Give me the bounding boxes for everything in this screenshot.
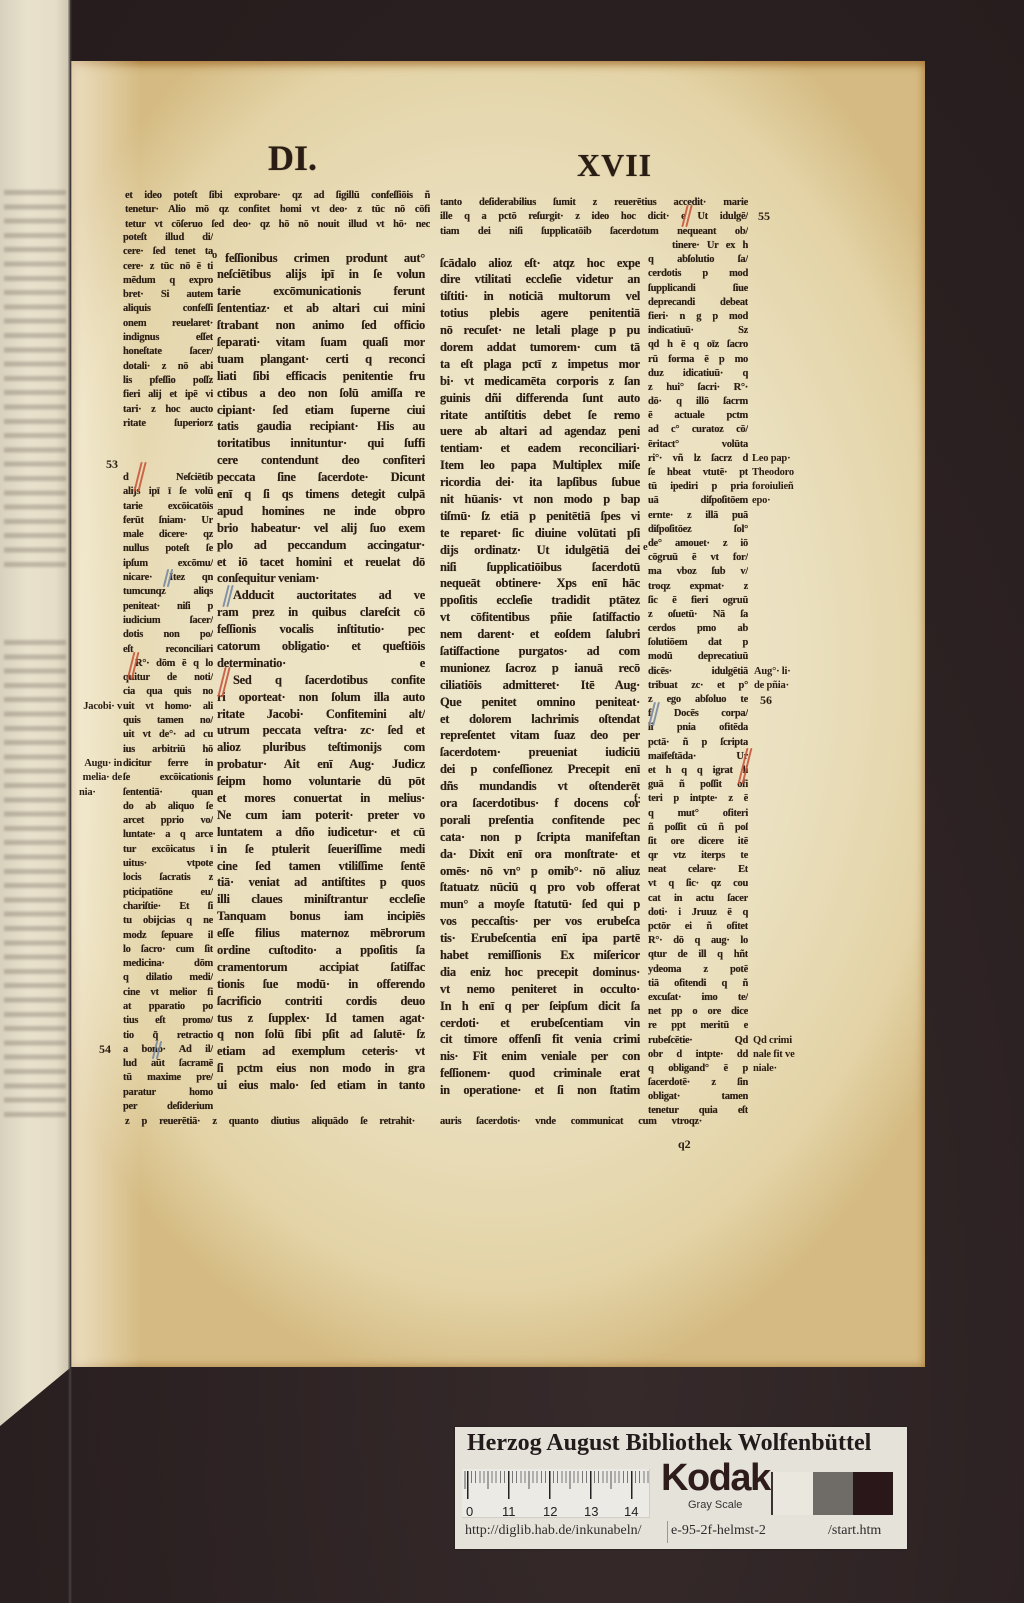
gloss-line: z ego abſoluo te	[648, 693, 748, 707]
gray-patch-black	[853, 1472, 893, 1515]
gloss-line: tū maxime pre/	[123, 1071, 213, 1085]
paragraph-mark-icon	[742, 748, 750, 784]
text-line: cata· non p ſcripta manifeſtan	[440, 829, 640, 846]
text-line: ricordia dei· ita lapſibus ſubue	[440, 474, 640, 491]
margin-note: niale·	[753, 1062, 777, 1076]
gloss-line: pctā· ñ p ſcripta	[648, 736, 748, 750]
text-line: luntatem a dño iudicetur· et cū	[217, 824, 425, 841]
gloss-line: dō· q illō ſacrm	[648, 395, 748, 409]
text-line: vos peccaſtis· per vos erubeſca	[440, 913, 640, 930]
gloss-line: ſic ē fieri ogruū	[648, 594, 748, 608]
text-line: da· Dixit enī ora monſtrate· et	[440, 846, 640, 863]
right-bottom-gloss: auris ſacerdotis· vnde communicat cum vt…	[440, 1115, 702, 1129]
text-line: catorum obligatio· et queſtiōis	[217, 638, 425, 655]
gloss-line: de° amouet· z iō	[648, 537, 748, 551]
text-line: nem darent· et eoſdem ſalubri	[440, 626, 640, 643]
text-line: tatis gaudia recipiant· His au	[217, 418, 425, 435]
gloss-line: uā diſpoſitōem	[648, 494, 748, 508]
text-line: feſſionis vocalis inſtitutio· pec	[217, 621, 425, 638]
gloss-line: R°· dō q aug· lo	[648, 934, 748, 948]
text-line: illi claues miniſtrantur eccleſie	[217, 891, 425, 908]
paragraph-mark-icon	[225, 585, 233, 607]
url-shelfmark: e-95-2f-helmst-2	[671, 1523, 766, 1539]
text-line: dia eniz hoc precepit dominus·	[440, 964, 640, 981]
ruler-number: 11	[502, 1504, 516, 1519]
gloss-line: ſententiā· quan	[123, 786, 213, 800]
text-line: cine ſed tamen vtiliſſime ſentē	[217, 858, 425, 875]
gloss-line: excuſat· imo te/	[648, 991, 748, 1005]
gloss-line: tur excōicatus ī	[123, 843, 213, 857]
gloss-line: tius eſt promo/	[123, 1014, 213, 1028]
text-line: dijs ordinatz· Ut idulgētiā dei	[440, 542, 640, 559]
gloss-line: rubeſcētie· Qd	[648, 1034, 748, 1048]
gloss-line: onem reuelaret·	[123, 317, 213, 331]
margin-note: de pñia·	[754, 679, 789, 693]
text-line: determinatio· e	[217, 655, 425, 672]
text-line: Que penitet omnino peniteat·	[440, 694, 640, 711]
text-line: ſacerdotem· preueniat iudiciū	[440, 744, 640, 761]
gloss-line: cōgruū ē vt for/	[648, 551, 748, 565]
margin-note: nia·	[79, 786, 96, 800]
text-line: munionez ſacroz p ianuā recō	[440, 660, 640, 677]
gloss-line: tanto deſiderabilius ſumit z reuerētius …	[440, 196, 748, 210]
gloss-line: cerdos pmo ab	[648, 622, 748, 636]
text-line: ram prez in quibus clareſcit cō	[217, 604, 425, 621]
gloss-line: poteſt illud di/	[123, 231, 213, 245]
margin-note: Leo pap·	[752, 452, 790, 466]
gloss-line: deprecandi debeat	[648, 296, 748, 310]
text-line: cere contendunt deo confiteri	[217, 452, 425, 469]
gloss-line: ernte· z illā puā	[648, 509, 748, 523]
text-line: ppoſitis eccleſie tradidit ptātez	[440, 592, 640, 609]
text-line: repreſentet vitam ſuaz deo per	[440, 727, 640, 744]
text-line: ritate Jacobi· Confitemini alt/	[217, 706, 425, 723]
text-line: probatur· Ait enī Aug· Judicz	[217, 756, 425, 773]
paragraph-mark-icon	[684, 205, 692, 227]
gloss-line: tribuat zc· et p°	[648, 679, 748, 693]
text-line: ſi pctm eius non modo in gra	[217, 1060, 425, 1077]
gloss-line: et h q q igrat li	[648, 764, 748, 778]
text-line: vt cōfitentibus pñie ſatiſfactio	[440, 609, 640, 626]
gloss-line: ē actuale pctm	[648, 409, 748, 423]
gloss-line: chariſtie· Et ſi	[123, 900, 213, 914]
margin-note: foroiulieñ	[752, 480, 794, 494]
gloss-line: fieri alij et ipē vi	[123, 388, 213, 402]
guide-letter: f·	[634, 793, 641, 804]
text-line: et dolorem lachrimis oſtendat	[440, 711, 640, 728]
gloss-line: ſe excōicationis	[123, 771, 213, 785]
gloss-line: dotali· z nō abi	[123, 360, 213, 374]
text-line: tiſtiti· in noticiā multorum vel	[440, 288, 640, 305]
gloss-line: ille q a pctō reſurgit· z ideo hoc dicit…	[440, 210, 748, 224]
text-line: guinis dñi differenda ſunt auto	[440, 390, 640, 407]
gloss-line: cere· ſed tenet ta	[123, 245, 213, 259]
gloss-line: tu obijcias q ne	[123, 914, 213, 928]
margin-note: Qd crimi	[753, 1034, 792, 1048]
gloss-line: f Docēs corpa/	[648, 707, 748, 721]
text-line: omēs· nō vn° p omib°· nō aliuz	[440, 863, 640, 880]
url-separator	[667, 1521, 668, 1543]
text-line: enī q ſi qs timens detegit culpā	[217, 486, 425, 503]
gloss-line: auris ſacerdotis· vnde communicat cum vt…	[440, 1115, 702, 1129]
text-line: peccata ſine ſacerdote· Dicunt	[217, 469, 425, 486]
gloss-line: ſacerdotē· z ſin	[648, 1076, 748, 1090]
left-main-text: feſſionibus crimen produnt aut°neſciētib…	[217, 250, 425, 1095]
gloss-line: ſe hbeat vtutē· pt	[648, 466, 748, 480]
gloss-line: uitus· vtpote	[123, 857, 213, 871]
margin-note: Theodoro	[752, 466, 794, 480]
text-line: ſententiaz· et ab altari cui mini	[217, 300, 425, 317]
text-line: dei p confeſſionez Precepit enī	[440, 761, 640, 778]
gloss-line: mēdum q expro	[123, 274, 213, 288]
text-line: porali preſentia confitende pec	[440, 812, 640, 829]
section-number: 56	[760, 693, 772, 708]
gloss-line: arcet pprio vo/	[123, 814, 213, 828]
gloss-line: cat in actu ſacer	[648, 892, 748, 906]
gloss-line: vt q ſic· qz cou	[648, 877, 748, 891]
gloss-line: ritate ſuperiorz	[123, 417, 213, 431]
gloss-line: cine vt melior fi	[123, 986, 213, 1000]
left-bottom-gloss: z p reuerētiā· z quanto diutius aliquādo…	[125, 1115, 415, 1129]
text-line: alioz pluribus teſtimonijs com	[217, 739, 425, 756]
text-line: tiſmū· ſz etiā p penitētiā ſpes vi	[440, 508, 640, 525]
text-line: cerdoti· et erubeſcentiam vin	[440, 1015, 640, 1032]
gloss-line: at pparatio po	[123, 1000, 213, 1014]
gloss-line: luntate· a q arce	[123, 828, 213, 842]
kodak-logo: Kodak	[661, 1457, 770, 1500]
gloss-line: obr d intpte· dd	[648, 1048, 748, 1062]
text-line: ſeipm homo voluntarie dū pōt	[217, 773, 425, 790]
gloss-line: ri°· vñ lz ſacrz d	[648, 452, 748, 466]
gloss-line: troqz expmat· z	[648, 580, 748, 594]
gloss-line: ſupplicandi ſiue	[648, 282, 748, 296]
text-line: toritatibus innituntur· qui ſuffi	[217, 435, 425, 452]
gloss-line: z p reuerētiā· z quanto diutius aliquādo…	[125, 1115, 415, 1129]
text-line: et mores conuertat in melius·	[217, 790, 425, 807]
paragraph-mark-icon	[221, 667, 229, 697]
gloss-line: pctōr ei ñ ofitet	[648, 920, 748, 934]
text-line: Adducit auctoritates ad ve	[217, 587, 425, 604]
gloss-line: nullus poteſt ſe	[123, 542, 213, 556]
gloss-line: locis ſacratis z	[123, 871, 213, 885]
text-line: ui eius malo· ſed etiam in tanto	[217, 1077, 425, 1094]
text-line: cipiant· ſed etiam ſuperne ciui	[217, 402, 425, 419]
gloss-line: q obligand° ē p	[648, 1062, 748, 1076]
text-line: Sed q ſacerdotibus confite	[217, 672, 425, 689]
paragraph-mark-icon	[651, 702, 659, 726]
text-line: dñs mundandis vt oſtenderēt	[440, 778, 640, 795]
text-line: in operatione· et ſi non ſtatim	[440, 1082, 640, 1099]
gray-patch-mid	[813, 1472, 853, 1515]
gloss-line: q dilatio medi/	[123, 971, 213, 985]
text-line: uere ab altari ad agendaz peni	[440, 423, 640, 440]
text-line: totius plebis agere penitentiā	[440, 305, 640, 322]
url-base: http://diglib.hab.de/inkunabeln/	[465, 1523, 642, 1539]
left-top-gloss: et ideo poteſt ſibi exprobare· qz ad ſig…	[125, 189, 430, 232]
section-number: 55	[758, 209, 770, 224]
text-line: brio habeatur· vel alij ſuo exem	[217, 520, 425, 537]
gloss-line: q abſolutio ſa/	[648, 253, 748, 267]
right-gloss: tinere· Ur ex hq abſolutio ſa/cerdotis p…	[648, 239, 748, 1119]
text-line: nis· Fit enim veniale per con	[440, 1048, 640, 1065]
gloss-line: paratur homo	[123, 1086, 213, 1100]
text-line: eſſe filius maternoz mēbrorum	[217, 925, 425, 942]
ruler-number: 13	[584, 1504, 598, 1519]
text-line: feſſionem· quod criminale erat	[440, 1065, 640, 1082]
gloss-line: duz idicatiuū· q	[648, 367, 748, 381]
gloss-line: indicatiuū· Sz	[648, 324, 748, 338]
gloss-line: doti· i Jruuz ē q	[648, 906, 748, 920]
gloss-line: cere· z tūc nō ē ti	[123, 260, 213, 274]
text-line: ciliatiōis admitteret· Itē Aug·	[440, 677, 640, 694]
margin-note: melia· de	[60, 771, 122, 785]
gloss-line: modū deprecatiuū	[648, 650, 748, 664]
gloss-line: male dicere· qz	[123, 528, 213, 542]
library-label: Herzog August Bibliothek Wolfenbüttel 0 …	[455, 1427, 907, 1549]
gloss-line: tio q̃ retractio	[123, 1029, 213, 1043]
text-line: ordine cuſtodito· a ppoſitis ſa	[217, 942, 425, 959]
left-gloss-upper: poteſt illud di/cere· ſed tenet tacere· …	[123, 231, 213, 431]
gloss-line: net pp o ore dice	[648, 1005, 748, 1019]
section-number: 54	[99, 1042, 111, 1057]
gloss-line: lis pfeſſio poſſz	[123, 374, 213, 388]
text-line: ſeparati· vitam ſuam quaſi mor	[217, 334, 425, 351]
margin-note: nale fit ve	[753, 1048, 795, 1062]
gloss-line: modz ſepuare il	[123, 929, 213, 943]
left-gloss-lower: d Neſciētibalijs ipī ī ſe volūtarie excō…	[123, 471, 213, 1114]
text-line: ritate antiſtitis debet ſe remo	[440, 407, 640, 424]
folio-number: XVII	[577, 147, 652, 184]
paragraph-mark-icon	[130, 652, 138, 680]
text-line: Tanquam bonus iam incipiēs	[217, 908, 425, 925]
page-content: DI. XVII et ideo poteſt ſibi exprobare· …	[0, 0, 1024, 1603]
text-line: habet remiſſionis Ex miſericor	[440, 947, 640, 964]
text-line: plo ad peccandum accingatur·	[217, 537, 425, 554]
text-line: niſi ſupplicatiōibus ſacerdotū	[440, 559, 640, 576]
text-line: ſtrabant non animo ſed officio	[217, 317, 425, 334]
text-line: In h enī q per ſeipſum dicit ſa	[440, 998, 640, 1015]
text-line: liati ſibi efficacis penitentie fru	[217, 368, 425, 385]
gloss-line: aliquis confeſſi	[123, 302, 213, 316]
text-line: ctibus a deo non ſolū amiſſa re	[217, 385, 425, 402]
margin-note: Aug°· li·	[754, 665, 791, 679]
gloss-line: ſolutiōem dat p	[648, 636, 748, 650]
gloss-line: ſit ore dicere itē	[648, 835, 748, 849]
gloss-line: per deſiderium	[123, 1100, 213, 1114]
gloss-line: dicēs· idulgētiā	[648, 665, 748, 679]
text-line: ſacrificio contriti cordis deuo	[217, 993, 425, 1010]
gloss-line: ydeoma z potē	[648, 963, 748, 977]
text-line: in ſe ptulerit ſeueriſſime medi	[217, 841, 425, 858]
gloss-line: ius arbitriū hō	[123, 743, 213, 757]
gloss-line: qd h ē q oīz ſacro	[648, 338, 748, 352]
gloss-line: tarie excōicatōis	[123, 500, 213, 514]
ruler-number: 14	[624, 1504, 638, 1519]
gloss-line: neat celare· Et	[648, 863, 748, 877]
gloss-line: et ideo poteſt ſibi exprobare· qz ad ſig…	[125, 189, 430, 203]
text-line: ora ſacerdotibus· f docens cor	[440, 795, 640, 812]
gloss-line: ñ poſſit cū ñ poſ	[648, 821, 748, 835]
gloss-line: ad c° curatoz cō/	[648, 423, 748, 437]
text-line: ſcādalo alioz eſt· atqz hoc expe	[440, 255, 640, 272]
gloss-line: tū ipediri p pria	[648, 480, 748, 494]
gloss-line: lo ſacro· cum ſit	[123, 943, 213, 957]
url-suffix: /start.htm	[828, 1523, 881, 1539]
text-line: ri oporteat· non ſolum illa auto	[217, 689, 425, 706]
gloss-line: uit vt homo· ali	[123, 700, 213, 714]
right-top-gloss: tanto deſiderabilius ſumit z reuerētius …	[440, 196, 748, 239]
gloss-line: a bono· Ad il/	[123, 1043, 213, 1057]
gloss-line: diſpoſitōez ſol°	[648, 523, 748, 537]
gloss-line: teri p intpte· z ē	[648, 792, 748, 806]
gloss-line: pticipatiōne eu/	[123, 886, 213, 900]
gloss-line: tumcunqz aliqs	[123, 585, 213, 599]
section-number: 53	[106, 457, 118, 472]
text-line: q non ſolū ſibi pſit ad ſalutē· ſz	[217, 1026, 425, 1043]
gray-patch-white	[773, 1472, 813, 1515]
gloss-line: uit vt de°· ad cu	[123, 728, 213, 742]
text-line: feſſionibus crimen produnt aut°	[217, 250, 425, 267]
text-line: neſciētibus alijs ipī in ſe volun	[217, 266, 425, 283]
text-line: tiā· veniat ad antiſtites p quos	[217, 874, 425, 891]
paragraph-mark-icon	[165, 569, 173, 587]
gloss-line: re ppt meritū e	[648, 1019, 748, 1033]
text-line: tentiam· et eadem reconciliari·	[440, 440, 640, 457]
gloss-line: qr vtz iterps te	[648, 849, 748, 863]
gloss-line: tiam dei niſi ſupplicatōib ſacerdotum ne…	[440, 225, 748, 239]
text-line: nit hūanis· vt non modo p bap	[440, 491, 640, 508]
gloss-line: q mut° ofiteri	[648, 807, 748, 821]
gray-scale-caption: Gray Scale	[688, 1499, 742, 1511]
gloss-line: medicina· dōm	[123, 957, 213, 971]
gloss-line: do ab aliquo ſe	[123, 800, 213, 814]
gloss-line: rū forma ē p mo	[648, 353, 748, 367]
gloss-line: obligat· tamen	[648, 1090, 748, 1104]
gloss-line: bret· Si autem	[123, 288, 213, 302]
gloss-line: z hui° ſacri· R°·	[648, 381, 748, 395]
text-line: te reparet· ſic diuine volūtati pſi	[440, 525, 640, 542]
text-line: tarie excōmunicationis ferunt	[217, 283, 425, 300]
text-line: vt nemo peniteret in occulto·	[440, 981, 640, 998]
ruler-ticks-major	[462, 1471, 649, 1499]
text-line: dorem addat tumorem· cum tā	[440, 339, 640, 356]
text-line: nequeāt obtinere· Xps enī hāc	[440, 575, 640, 592]
text-line: cramentorum accipiat ſatiſfac	[217, 959, 425, 976]
gloss-line: honeſtate ſacer/	[123, 345, 213, 359]
gloss-line: iudicium ſacer/	[123, 614, 213, 628]
text-line: apud homines ne inde obpro	[217, 503, 425, 520]
text-line: dire vtilitati eccleſie videtur an	[440, 271, 640, 288]
gloss-line: ferūt ſniam· Ur	[123, 514, 213, 528]
right-main-text: ſcādalo alioz eſt· atqz hoc expedire vti…	[440, 255, 640, 1100]
text-line: utrum peccata veſtra· zc· ſed et	[217, 722, 425, 739]
gloss-line: li pnia ofitēda	[648, 721, 748, 735]
text-line: tuam plangant· certi q reconci	[217, 351, 425, 368]
text-line: tionis ſue modū· in offerendo	[217, 976, 425, 993]
gloss-line: tinere· Ur ex h	[648, 239, 748, 253]
margin-note: Augu· in	[60, 757, 122, 771]
gloss-line: tetur vt cōſeruo ſed deo· qz hō nō nouit…	[125, 218, 430, 232]
text-line: ta eſt plaga pctī z impetus mor	[440, 356, 640, 373]
text-line: tis· Erubeſcentia enī ipa partē	[440, 930, 640, 947]
gloss-line: tenetur· Alio mō qz confitet homi vt deo…	[125, 203, 430, 217]
text-line: nō recuſet· ne letali plage p pu	[440, 322, 640, 339]
gloss-line: tiā ofitendi q ñ	[648, 977, 748, 991]
gloss-line: tari· z hoc aucto	[123, 403, 213, 417]
gloss-line: z oſuetū· Nā ſa	[648, 608, 748, 622]
gloss-line: cia qua quis no	[123, 685, 213, 699]
paragraph-mark-icon	[137, 462, 145, 492]
paragraph-mark-icon	[154, 1041, 162, 1059]
guide-letter: e	[643, 542, 648, 553]
gloss-line: cerdotis p mod	[648, 267, 748, 281]
margin-note: Jacobi· v	[60, 700, 122, 714]
gloss-line: qtur de ill q hñt	[648, 948, 748, 962]
text-line: mun° a moyſe ſtatutū· ſed qui p	[440, 896, 640, 913]
institution-name: Herzog August Bibliothek Wolfenbüttel	[467, 1430, 871, 1457]
text-line: cit timore offenſi fit venia crimi	[440, 1031, 640, 1048]
text-line: etiam ad exemplum ceteris· vt	[217, 1043, 425, 1060]
gloss-line: peniteat· niſi p	[123, 600, 213, 614]
margin-note: epo·	[752, 494, 770, 508]
gloss-line: lud aūt ſacramē	[123, 1057, 213, 1071]
gloss-line: ma vboz ſub v/	[648, 565, 748, 579]
text-line: tus z ſupplex· Id tamen agat·	[217, 1010, 425, 1027]
ruler-number: 12	[543, 1504, 557, 1519]
text-line: Ne cum iam poterit· preter vo	[217, 807, 425, 824]
gloss-line: maīfeſtāda· Ur	[648, 750, 748, 764]
gloss-line: dicitur ferre in	[123, 757, 213, 771]
gloss-line: indignus eſſet	[123, 331, 213, 345]
text-line: bi· vt medicamēta corporis z ſan	[440, 373, 640, 390]
text-line: conſequitur veniam·	[217, 570, 425, 587]
ruler-number: 0	[466, 1504, 473, 1519]
text-line: ſatiſfactione purgatos· ad com	[440, 643, 640, 660]
text-line: ſtatuatz nūciū q pro vob offerat	[440, 879, 640, 896]
text-line: Item leo papa Multiplex miſe	[440, 457, 640, 474]
gloss-line: quis tamen no/	[123, 714, 213, 728]
text-line: et iō tacet homini et reuelat dō	[217, 554, 425, 571]
signature-mark: q2	[678, 1137, 691, 1152]
gloss-line: fieri· n g p mod	[648, 310, 748, 324]
running-head: DI.	[268, 137, 317, 179]
gloss-line: guā ñ poſſit ofi	[648, 778, 748, 792]
gloss-line: ēritact° volūta	[648, 438, 748, 452]
gloss-line: dotis non po/	[123, 628, 213, 642]
